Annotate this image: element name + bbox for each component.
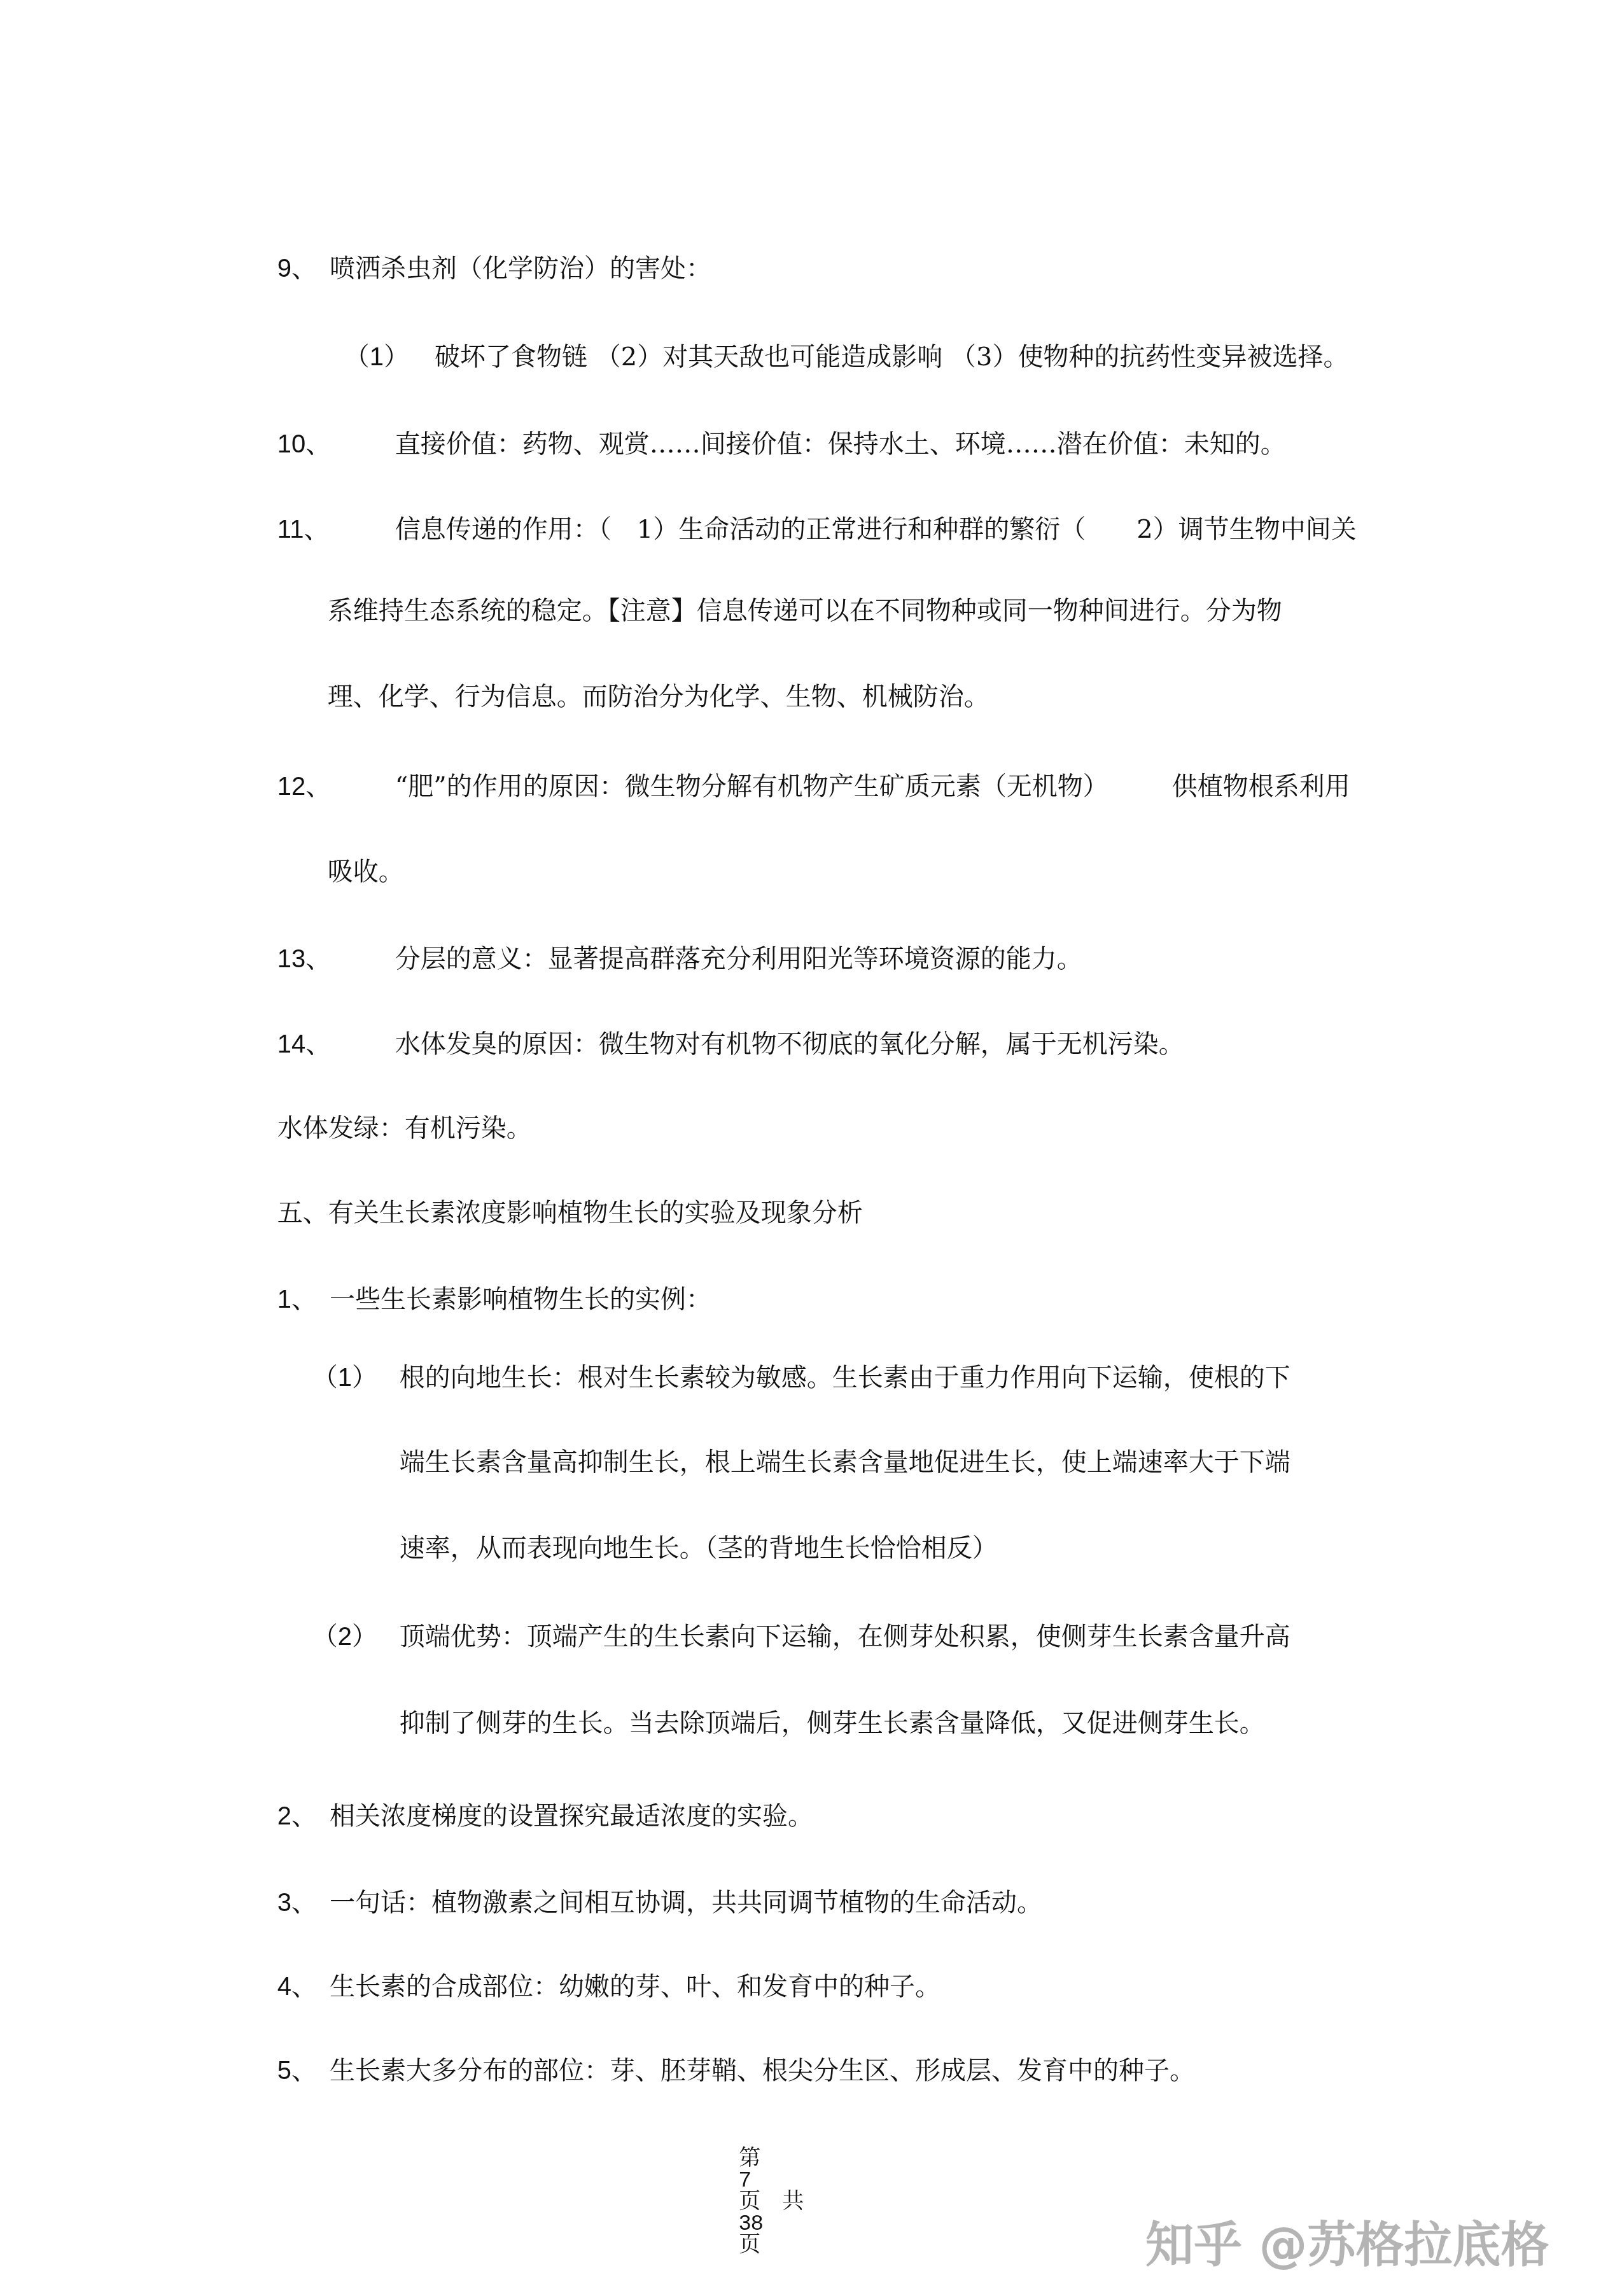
item-number: 9、 [277,255,317,283]
subitem-number: （1） [344,343,409,371]
item-text: 一些生长素影响植物生长的实例： [330,1285,711,1314]
item-text: 分层的意义：显著提高群落充分利用阳光等环境资源的能力。 [395,944,1082,974]
item-text: 信息传递的作用：（ 1）生命活动的正常进行和种群的繁衍（ 2）调节生物中间关 [395,515,1357,544]
item-number: 13、 [277,946,395,972]
item-9-subitems: （1）破坏了食物链 （2）对其天敌也可能造成影响 （3）使物种的抗药性变异被选择… [312,319,1348,395]
item-11-continuation-1: 系维持生态系统的稳定。【注意】信息传递可以在不同物种或同一物种间进行。分为物 [295,573,1282,649]
item-text: 喷洒杀虫剂（化学防治）的害处： [330,254,711,283]
section5-subitem-2-continuation: 抑制了侧芽的生长。当去除顶端后，侧芽生长素含量降低，又促进侧芽生长。 [367,1685,1265,1761]
item-number: 11、 [277,517,395,542]
item-text: “肥”的作用的原因：微生物分解有机物产生矿质元素（无机物） 供植物根系利用 [395,772,1350,801]
item-number: 12、 [277,774,395,799]
footer-suffix: 页 [739,2232,760,2257]
section5-item-4: 4、生长素的合成部位：幼嫩的芽、叶、和发育中的种子。 [245,1949,940,2025]
footer-prefix: 第 [739,2145,760,2171]
watermark: 知乎 @苏格拉底格 [1145,2221,1549,2269]
footer-mid: 页 共 [739,2188,804,2214]
item-text: 生长素大多分布的部位：芽、胚芽鞘、根尖分生区、形成层、发育中的种子。 [330,2056,1195,2085]
section5-item-1: 1、一些生长素影响植物生长的实例： [245,1261,711,1338]
section5-item-3: 3、一句话：植物激素之间相互协调，共共同调节植物的生命活动。 [245,1865,1042,1941]
item-14: 14、水体发臭的原因：微生物对有机物不彻底的氧化分解，属于无机污染。 [245,1006,1184,1082]
item-11: 11、信息传递的作用：（ 1）生命活动的正常进行和种群的繁衍（ 2）调节生物中间… [245,491,1357,568]
section5-item-5: 5、生长素大多分布的部位：芽、胚芽鞘、根尖分生区、形成层、发育中的种子。 [245,2033,1195,2109]
item-12: 12、“肥”的作用的原因：微生物分解有机物产生矿质元素（无机物） 供植物根系利用 [245,748,1350,825]
item-text: 直接价值：药物、观赏……间接价值：保持水土、环境……潜在价值：未知的。 [395,430,1286,459]
section5-subitem-1-continuation-1: 端生长素含量高抑制生长，根上端生长素含量地促进生长，使上端速率大于下端 [367,1424,1290,1501]
item-number: 14、 [277,1032,395,1057]
item-text: 系维持生态系统的稳定。【注意】信息传递可以在不同物种或同一物种间进行。分为物 [328,596,1282,626]
item-13: 13、分层的意义：显著提高群落充分利用阳光等环境资源的能力。 [245,921,1082,997]
subitem-number: （2） [312,1624,400,1649]
subitem-text: 抑制了侧芽的生长。当去除顶端后，侧芽生长素含量降低，又促进侧芽生长。 [400,1709,1265,1738]
item-text: 水体发绿：有机污染。 [277,1114,532,1143]
section-heading-5: 五、有关生长素浓度影响植物生长的实验及现象分析 [245,1175,863,1251]
item-number: 1、 [277,1285,317,1313]
item-text: 相关浓度梯度的设置探究最适浓度的实验。 [330,1802,813,1831]
section5-subitem-1-continuation-2: 速率，从而表现向地生长。（茎的背地生长恰恰相反） [367,1510,998,1586]
item-number: 2、 [277,1802,317,1830]
subitem-text: 端生长素含量高抑制生长，根上端生长素含量地促进生长，使上端速率大于下端 [400,1448,1290,1477]
item-text: 吸收。 [328,857,404,886]
item-10: 10、直接价值：药物、观赏……间接价值：保持水土、环境……潜在价值：未知的。 [245,406,1286,482]
item-text: 理、化学、行为信息。而防治分为化学、生物、机械防治。 [328,682,989,711]
subitem-text: 根的向地生长：根对生长素较为敏感。生长素由于重力作用向下运输，使根的下 [400,1363,1290,1392]
page-footer: 第 7 页 共 38 页 [711,2125,804,2277]
section5-subitem-2: （2）顶端优势：顶端产生的生长素向下运输，在侧芽处积累，使侧芽生长素含量升高 [280,1599,1290,1675]
item-text: 水体发臭的原因：微生物对有机物不彻底的氧化分解，属于无机污染。 [395,1030,1184,1059]
subitem-text: 破坏了食物链 （2）对其天敌也可能造成影响 （3）使物种的抗药性变异被选择。 [435,342,1348,372]
subitem-text: 顶端优势：顶端产生的生长素向下运输，在侧芽处积累，使侧芽生长素含量升高 [400,1622,1290,1651]
section5-subitem-1: （1）根的向地生长：根对生长素较为敏感。生长素由于重力作用向下运输，使根的下 [280,1340,1290,1416]
item-9: 9、喷洒杀虫剂（化学防治）的害处： [245,230,711,307]
subitem-text: 速率，从而表现向地生长。（茎的背地生长恰恰相反） [400,1534,998,1563]
section-title: 五、有关生长素浓度影响植物生长的实验及现象分析 [277,1198,863,1228]
item-14-note: 水体发绿：有机污染。 [245,1090,532,1166]
item-number: 10、 [277,431,395,457]
item-text: 生长素的合成部位：幼嫩的芽、叶、和发育中的种子。 [330,1972,940,2001]
item-number: 4、 [277,1973,317,2001]
item-number: 5、 [277,2057,317,2085]
subitem-number: （1） [312,1365,400,1390]
item-12-continuation: 吸收。 [295,834,404,910]
item-text: 一句话：植物激素之间相互协调，共共同调节植物的生命活动。 [330,1888,1042,1917]
item-number: 3、 [277,1889,317,1917]
section5-item-2: 2、相关浓度梯度的设置探究最适浓度的实验。 [245,1778,813,1854]
item-11-continuation-2: 理、化学、行为信息。而防治分为化学、生物、机械防治。 [295,659,989,735]
